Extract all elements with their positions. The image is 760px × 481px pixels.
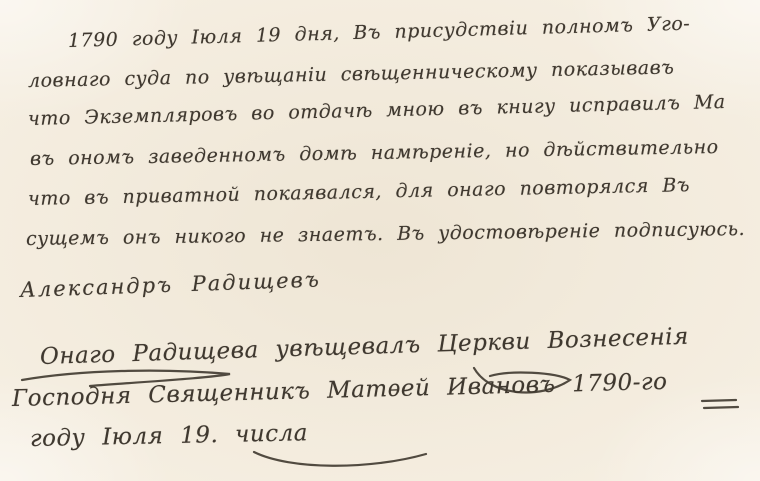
final-flourish (250, 446, 430, 472)
deposition-line-1: 1790 году Іюля 19 дня, Въ присудствіи по… (68, 13, 691, 52)
deposition-line-4: въ ономъ заведенномъ домѣ намѣреніе, но … (30, 136, 719, 170)
deposition-line-6: сущемъ онъ никого не знаетъ. Въ удостовѣ… (26, 218, 745, 250)
deposition-line-2: ловнаго суда по увѣщаніи свѣщенническому… (28, 56, 675, 92)
manuscript-page: 1790 году Іюля 19 дня, Въ присудствіи по… (0, 0, 760, 481)
attestation-line-1: Онаго Радищева увѣщевалъ Церкви Вознесен… (40, 324, 690, 370)
deposition-line-5: что въ приватной покаявался, для онаго п… (28, 174, 690, 210)
attestation-line-2: Господня Священникъ Матѳей Ивановъ 1790-… (12, 369, 668, 412)
deposition-line-3: что Экземпляровъ во отдачѣ мною въ книгу… (28, 91, 726, 130)
superscript-underline (700, 398, 740, 412)
attestation-line-3: году Іюля 19. числа (30, 420, 308, 452)
deponent-signature: Александръ Радищевъ (20, 268, 322, 302)
